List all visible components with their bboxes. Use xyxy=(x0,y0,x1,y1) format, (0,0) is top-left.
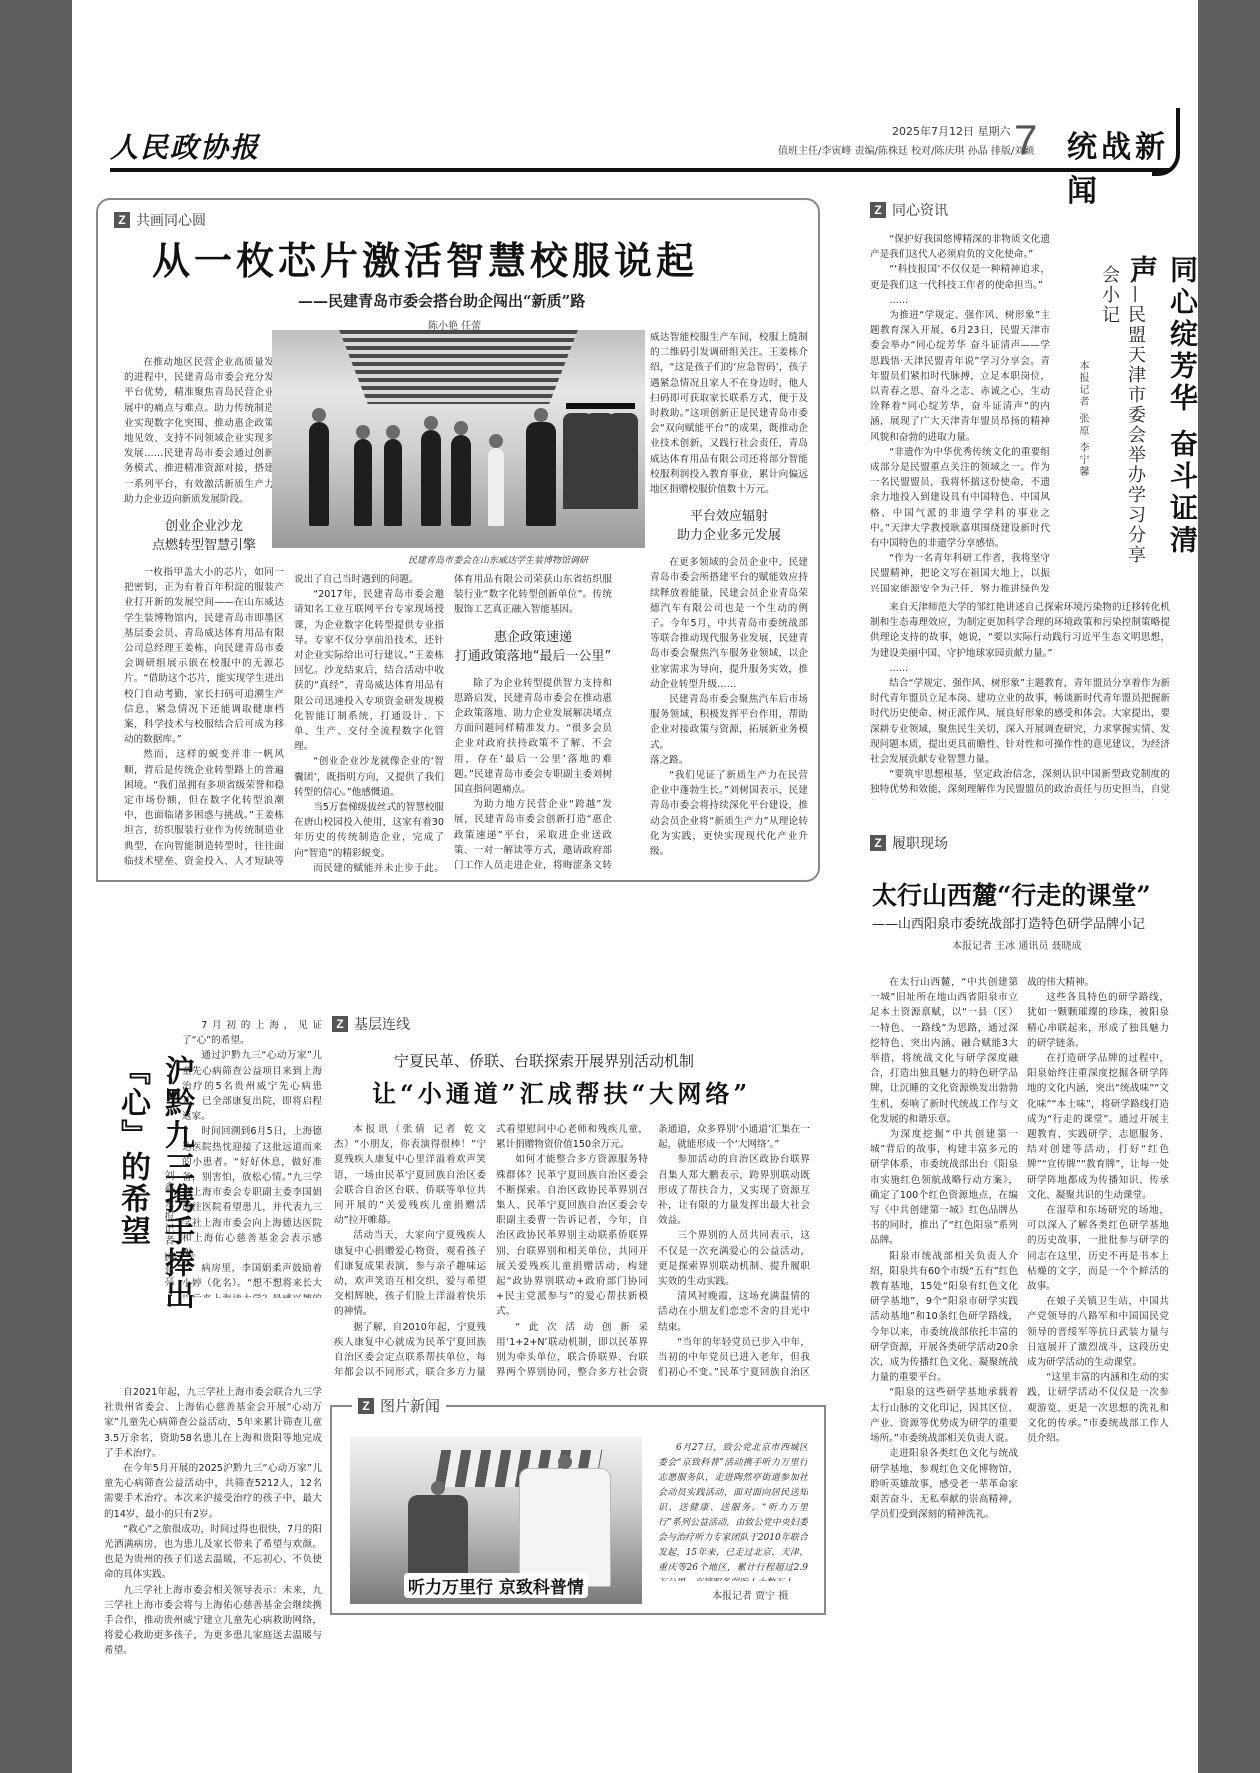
page-number: 7 xyxy=(1014,116,1037,164)
ningxia-col-1: 本报讯（张倩 记者 乾文杰）“小朋友，你表演得很棒！”宁夏残疾人康复中心里洋溢着… xyxy=(334,1122,486,1380)
photo-news-tag: Z 图片新闻 xyxy=(352,1395,446,1416)
lead-story-subtitle: ——民建青岛市委会搭台助企闯出“新质”路 xyxy=(298,290,585,311)
newspaper-logo: 人民政协报 xyxy=(110,126,260,166)
luqian-col-1: 7月初的上海，见证了“心”的希望。 通过沪黔九三“心动万家”儿童先心病筛查公益项… xyxy=(182,1018,322,1298)
luqian-col-2: 自2021年起，九三学社上海市委会联合九三学社贵州省委会、上海佑心慈善基金会开展… xyxy=(104,1385,322,1765)
photo-news-image: 听力万里行 京致科普情 xyxy=(350,1437,642,1604)
lead-story: Z 共画同心圆 从一枚芯片激活智慧校服说起 ——民建青岛市委会搭台助企闯出“新质… xyxy=(96,198,820,882)
shanxi-subtitle: ——山西阳泉市委统战部打造特色研学品牌小记 xyxy=(872,913,1145,932)
masthead-curve-decoration xyxy=(1152,108,1180,176)
shanxi-title: 太行山西麓“行走的课堂” xyxy=(872,876,1151,912)
tianjin-title: 同心绽芳华 奋斗证清声 xyxy=(1122,255,1202,585)
newspaper-page: 人民政协报 2025年7月12日 星期六 值班主任/李寅峰 责编/陈株廷 校对/… xyxy=(72,0,1198,1773)
lead-col-2: 说出了自己当时遇到的问题。 “2017年，民建青岛市委会邀请知名工业互联网平台专… xyxy=(294,572,444,872)
tianjin-story-tag: Z 同心资讯 xyxy=(870,200,948,220)
luqian-byline: 刘鑫 本报记者 顾意亮 xyxy=(160,1170,175,1330)
ningxia-title: 让“小通道”汇成帮扶“大网络” xyxy=(372,1074,751,1109)
photo-news-byline: 本报记者 贾宁 摄 xyxy=(712,1587,788,1602)
subheading: 平台效应辐射助力企业多元发展 xyxy=(650,507,808,545)
subheading: 创业企业沙龙点燃转型智慧引擎 xyxy=(124,517,284,555)
ningxia-story-tag: Z 基层连线 xyxy=(332,1014,410,1034)
tianjin-col-2: 来自天津师范大学的邹红艳讲述自己探索环境污染物的迁移转化机制和生态毒理效应，为制… xyxy=(870,600,1170,800)
photo-news-text: 6月27日，致公党北京市西城区委会“京致科普”活动携手听力万里行志愿服务队，走进… xyxy=(658,1441,808,1581)
issue-date: 2025年7月12日 星期六 xyxy=(892,123,1011,139)
shanxi-col-2: 战的伟大精神。 这些各具特色的研学路线，犹如一颗颗璀璨的珍珠，被阳泉精心串联起来… xyxy=(1027,975,1169,1765)
photo-news-caption: 听力万里行 京致科普情 xyxy=(404,1573,588,1598)
lead-story-tag: Z 共画同心圆 xyxy=(114,210,206,230)
lead-story-photo xyxy=(272,330,645,548)
lead-col-4: 威达智能校服生产车间，校服上缝制的二维码引发调研组关注。王姜栋介绍，“这是孩子们… xyxy=(650,330,808,870)
lead-col-3: 体育用品有限公司荣获山东省纺织服装行业“数字化转型创新单位”。传统服饰工艺真正融… xyxy=(454,572,612,872)
masthead: 人民政协报 2025年7月12日 星期六 值班主任/李寅峰 责编/陈株廷 校对/… xyxy=(102,120,1192,170)
z-badge-icon: Z xyxy=(870,202,886,218)
z-badge-icon: Z xyxy=(332,1016,348,1032)
masthead-rule xyxy=(110,168,1170,172)
z-badge-icon: Z xyxy=(870,835,886,851)
shanxi-col-1: 在太行山西麓，“中共创建第一城”旧址所在地山西省阳泉市立足本土资源禀赋，以“一县… xyxy=(870,975,1018,1765)
shanxi-byline: 本报记者 王冰 通讯员 聂晓成 xyxy=(952,937,1082,952)
photo-news-box: Z 图片新闻 听力万里行 京致科普情 6月27日，致公党北京市西城区委会“京致科… xyxy=(330,1405,826,1615)
ningxia-kicker: 宁夏民革、侨联、台联探索开展界别活动机制 xyxy=(394,1050,694,1071)
lead-col-1: 在推动地区民营企业高质量发展的进程中，民建青岛市委会充分发挥平台优势，精准聚焦青… xyxy=(124,355,284,870)
subheading: 惠企政策速递打通政策落地“最后一公里” xyxy=(454,628,612,666)
ningxia-col-2: 式看望慰问中心老师和残疾儿童，累计捐赠物资价值150余万元。 如何才能整合多方资… xyxy=(496,1122,648,1380)
ningxia-col-3: 条通道，众多界别‘小通道’汇集在一起，就能形成一个‘大网络’。” 参加活动的自治… xyxy=(658,1122,810,1380)
photo-caption: 民建青岛市委会在山东威达学生装博物馆调研 xyxy=(408,553,588,566)
tianjin-byline: 本报记者 张原 李宁馨 xyxy=(1075,360,1090,540)
z-badge-icon: Z xyxy=(114,212,130,228)
z-badge-icon: Z xyxy=(358,1398,374,1414)
tianjin-col-1: “保护好我国悠博精深的非物质文化遗产是我们这代人必须肩负的文化使命。” “‘科技… xyxy=(870,232,1050,592)
lead-story-title: 从一枚芯片激活智慧校服说起 xyxy=(152,230,698,285)
shanxi-story-tag: Z 履职现场 xyxy=(870,833,948,853)
editor-credits: 值班主任/李寅峰 责编/陈株廷 校对/陈庆琪 孙晶 排版/刘颖 xyxy=(778,142,1034,157)
